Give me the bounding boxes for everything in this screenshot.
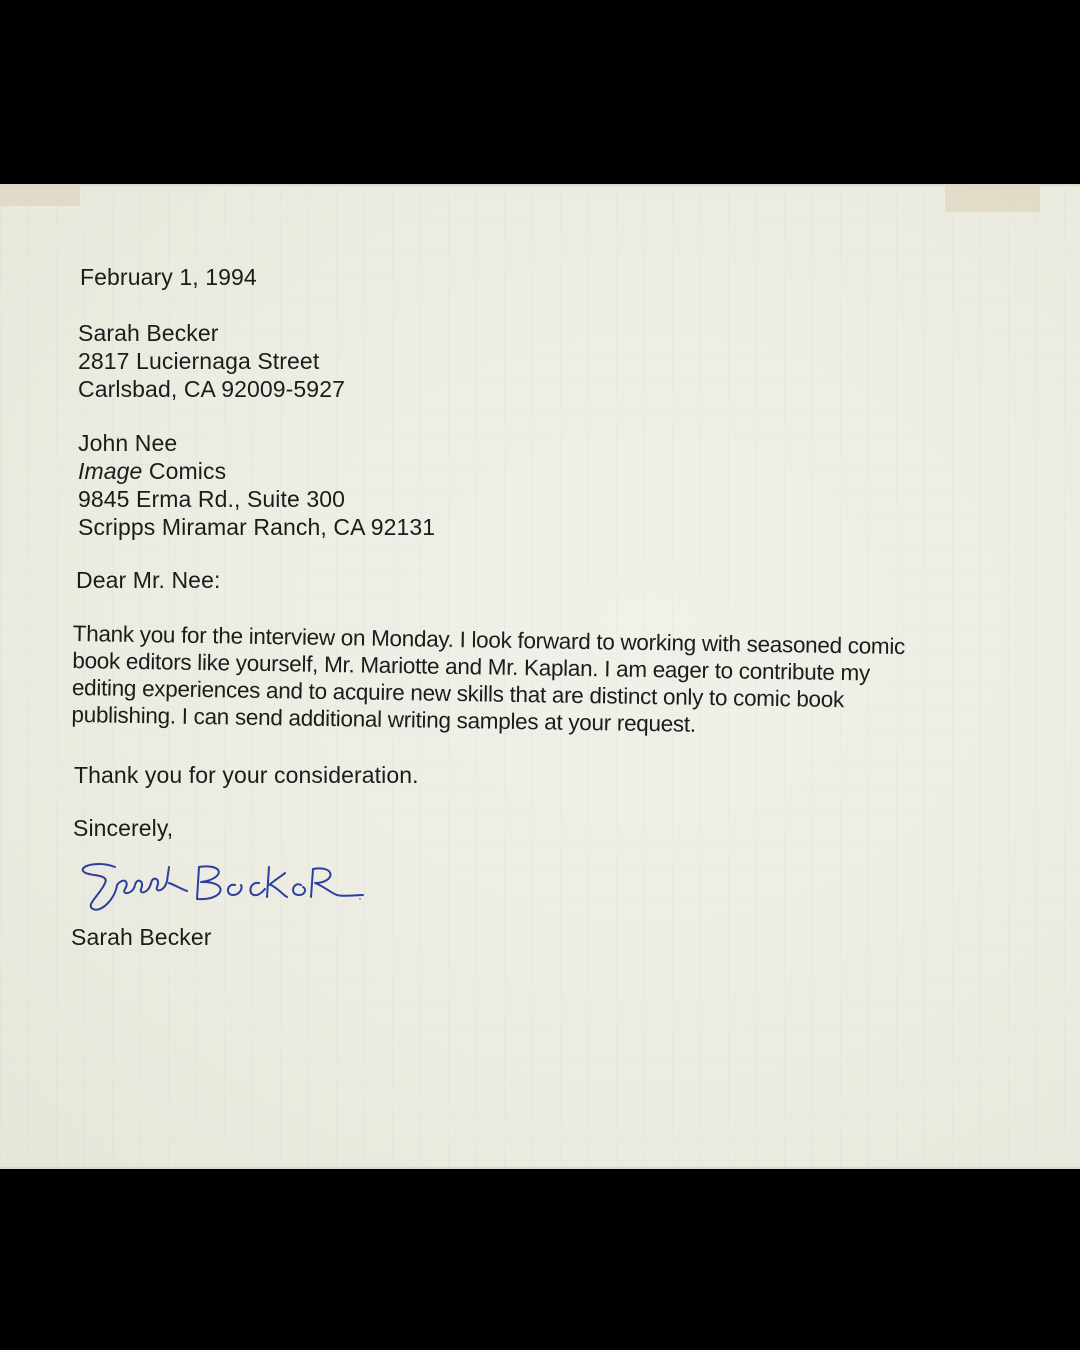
closing-line: Thank you for your consideration. (74, 762, 419, 789)
recipient-street: 9845 Erma Rd., Suite 300 (78, 485, 435, 513)
recipient-city: Scripps Miramar Ranch, CA 92131 (78, 513, 435, 541)
recipient-company: Image Comics (78, 457, 435, 485)
recipient-name: John Nee (78, 429, 435, 457)
tape-strip-left (0, 186, 80, 206)
tape-strip-right (945, 186, 1040, 212)
sender-name: Sarah Becker (78, 319, 345, 347)
recipient-address: John Nee Image Comics 9845 Erma Rd., Sui… (78, 429, 435, 541)
sender-city: Carlsbad, CA 92009-5927 (78, 375, 345, 403)
recipient-company-rest: Comics (142, 458, 226, 484)
sender-street: 2817 Luciernaga Street (78, 347, 345, 375)
sign-off: Sincerely, (73, 815, 173, 842)
letter-body: Thank you for the interview on Monday. I… (71, 620, 1013, 743)
salutation: Dear Mr. Nee: (76, 567, 220, 594)
recipient-company-italic: Image (78, 458, 142, 484)
sender-address: Sarah Becker 2817 Luciernaga Street Carl… (78, 319, 345, 403)
handwritten-signature-icon (75, 855, 365, 917)
typed-name: Sarah Becker (71, 924, 212, 951)
letter-date: February 1, 1994 (80, 264, 257, 291)
